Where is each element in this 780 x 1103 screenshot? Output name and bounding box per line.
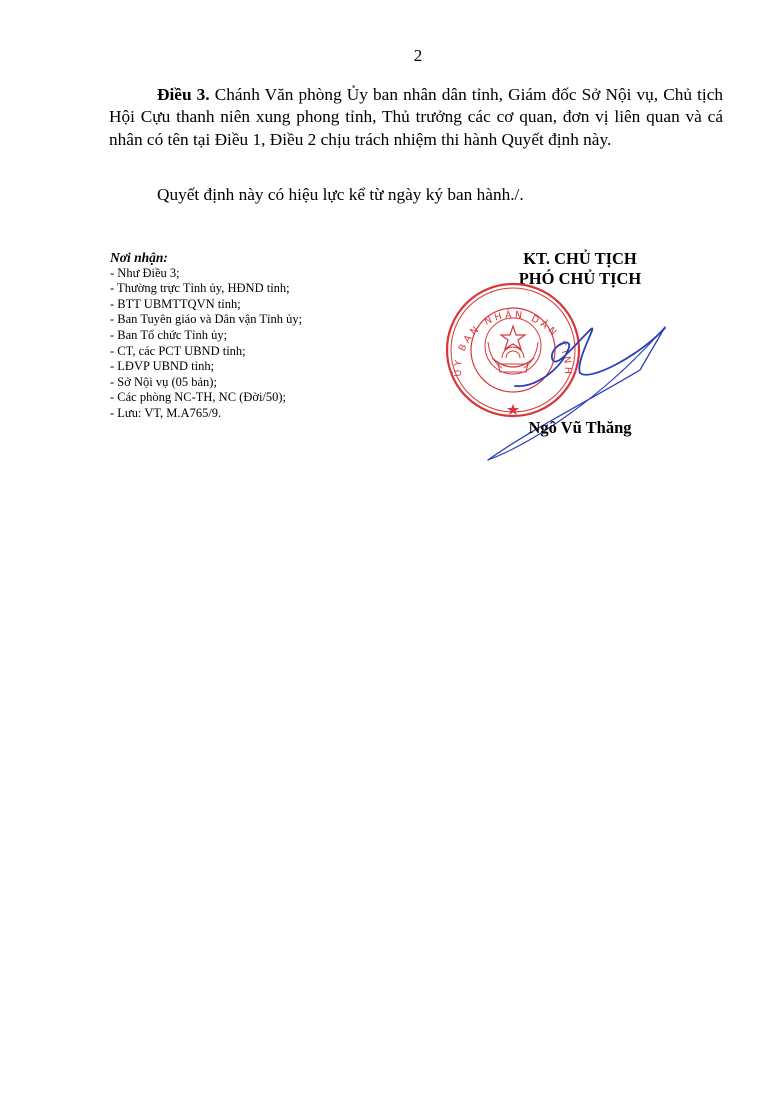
recipients-title: Nơi nhận:	[110, 250, 302, 266]
recipient-item: - Ban Tổ chức Tỉnh ủy;	[110, 328, 302, 344]
signer-title-line1: KT. CHỦ TỊCH	[470, 249, 690, 269]
recipient-item: - Lưu: VT, M.A765/9.	[110, 406, 302, 422]
recipient-item: - Ban Tuyên giáo và Dân vận Tỉnh ủy;	[110, 312, 302, 328]
recipients-block: Nơi nhận: - Như Điều 3; - Thường trực Tỉ…	[110, 250, 302, 422]
recipient-item: - Các phòng NC-TH, NC (Đời/50);	[110, 390, 302, 406]
signature-icon	[440, 300, 680, 480]
recipients-list: - Như Điều 3; - Thường trực Tỉnh ủy, HĐN…	[110, 266, 302, 422]
recipient-item: - CT, các PCT UBND tỉnh;	[110, 344, 302, 360]
recipient-item: - Thường trực Tỉnh ủy, HĐND tỉnh;	[110, 281, 302, 297]
recipient-item: - Như Điều 3;	[110, 266, 302, 282]
recipient-item: - Sở Nội vụ (05 bản);	[110, 375, 302, 391]
effective-clause: Quyết định này có hiệu lực kể từ ngày ký…	[109, 184, 723, 206]
article-3-paragraph: Điều 3. Chánh Văn phòng Ủy ban nhân dân …	[109, 84, 723, 151]
signer-name: Ngô Vũ Thăng	[470, 418, 690, 438]
page-number: 2	[0, 46, 780, 66]
article-3-label: Điều 3.	[157, 85, 210, 104]
recipient-item: - BTT UBMTTQVN tỉnh;	[110, 297, 302, 313]
recipient-item: - LĐVP UBND tỉnh;	[110, 359, 302, 375]
